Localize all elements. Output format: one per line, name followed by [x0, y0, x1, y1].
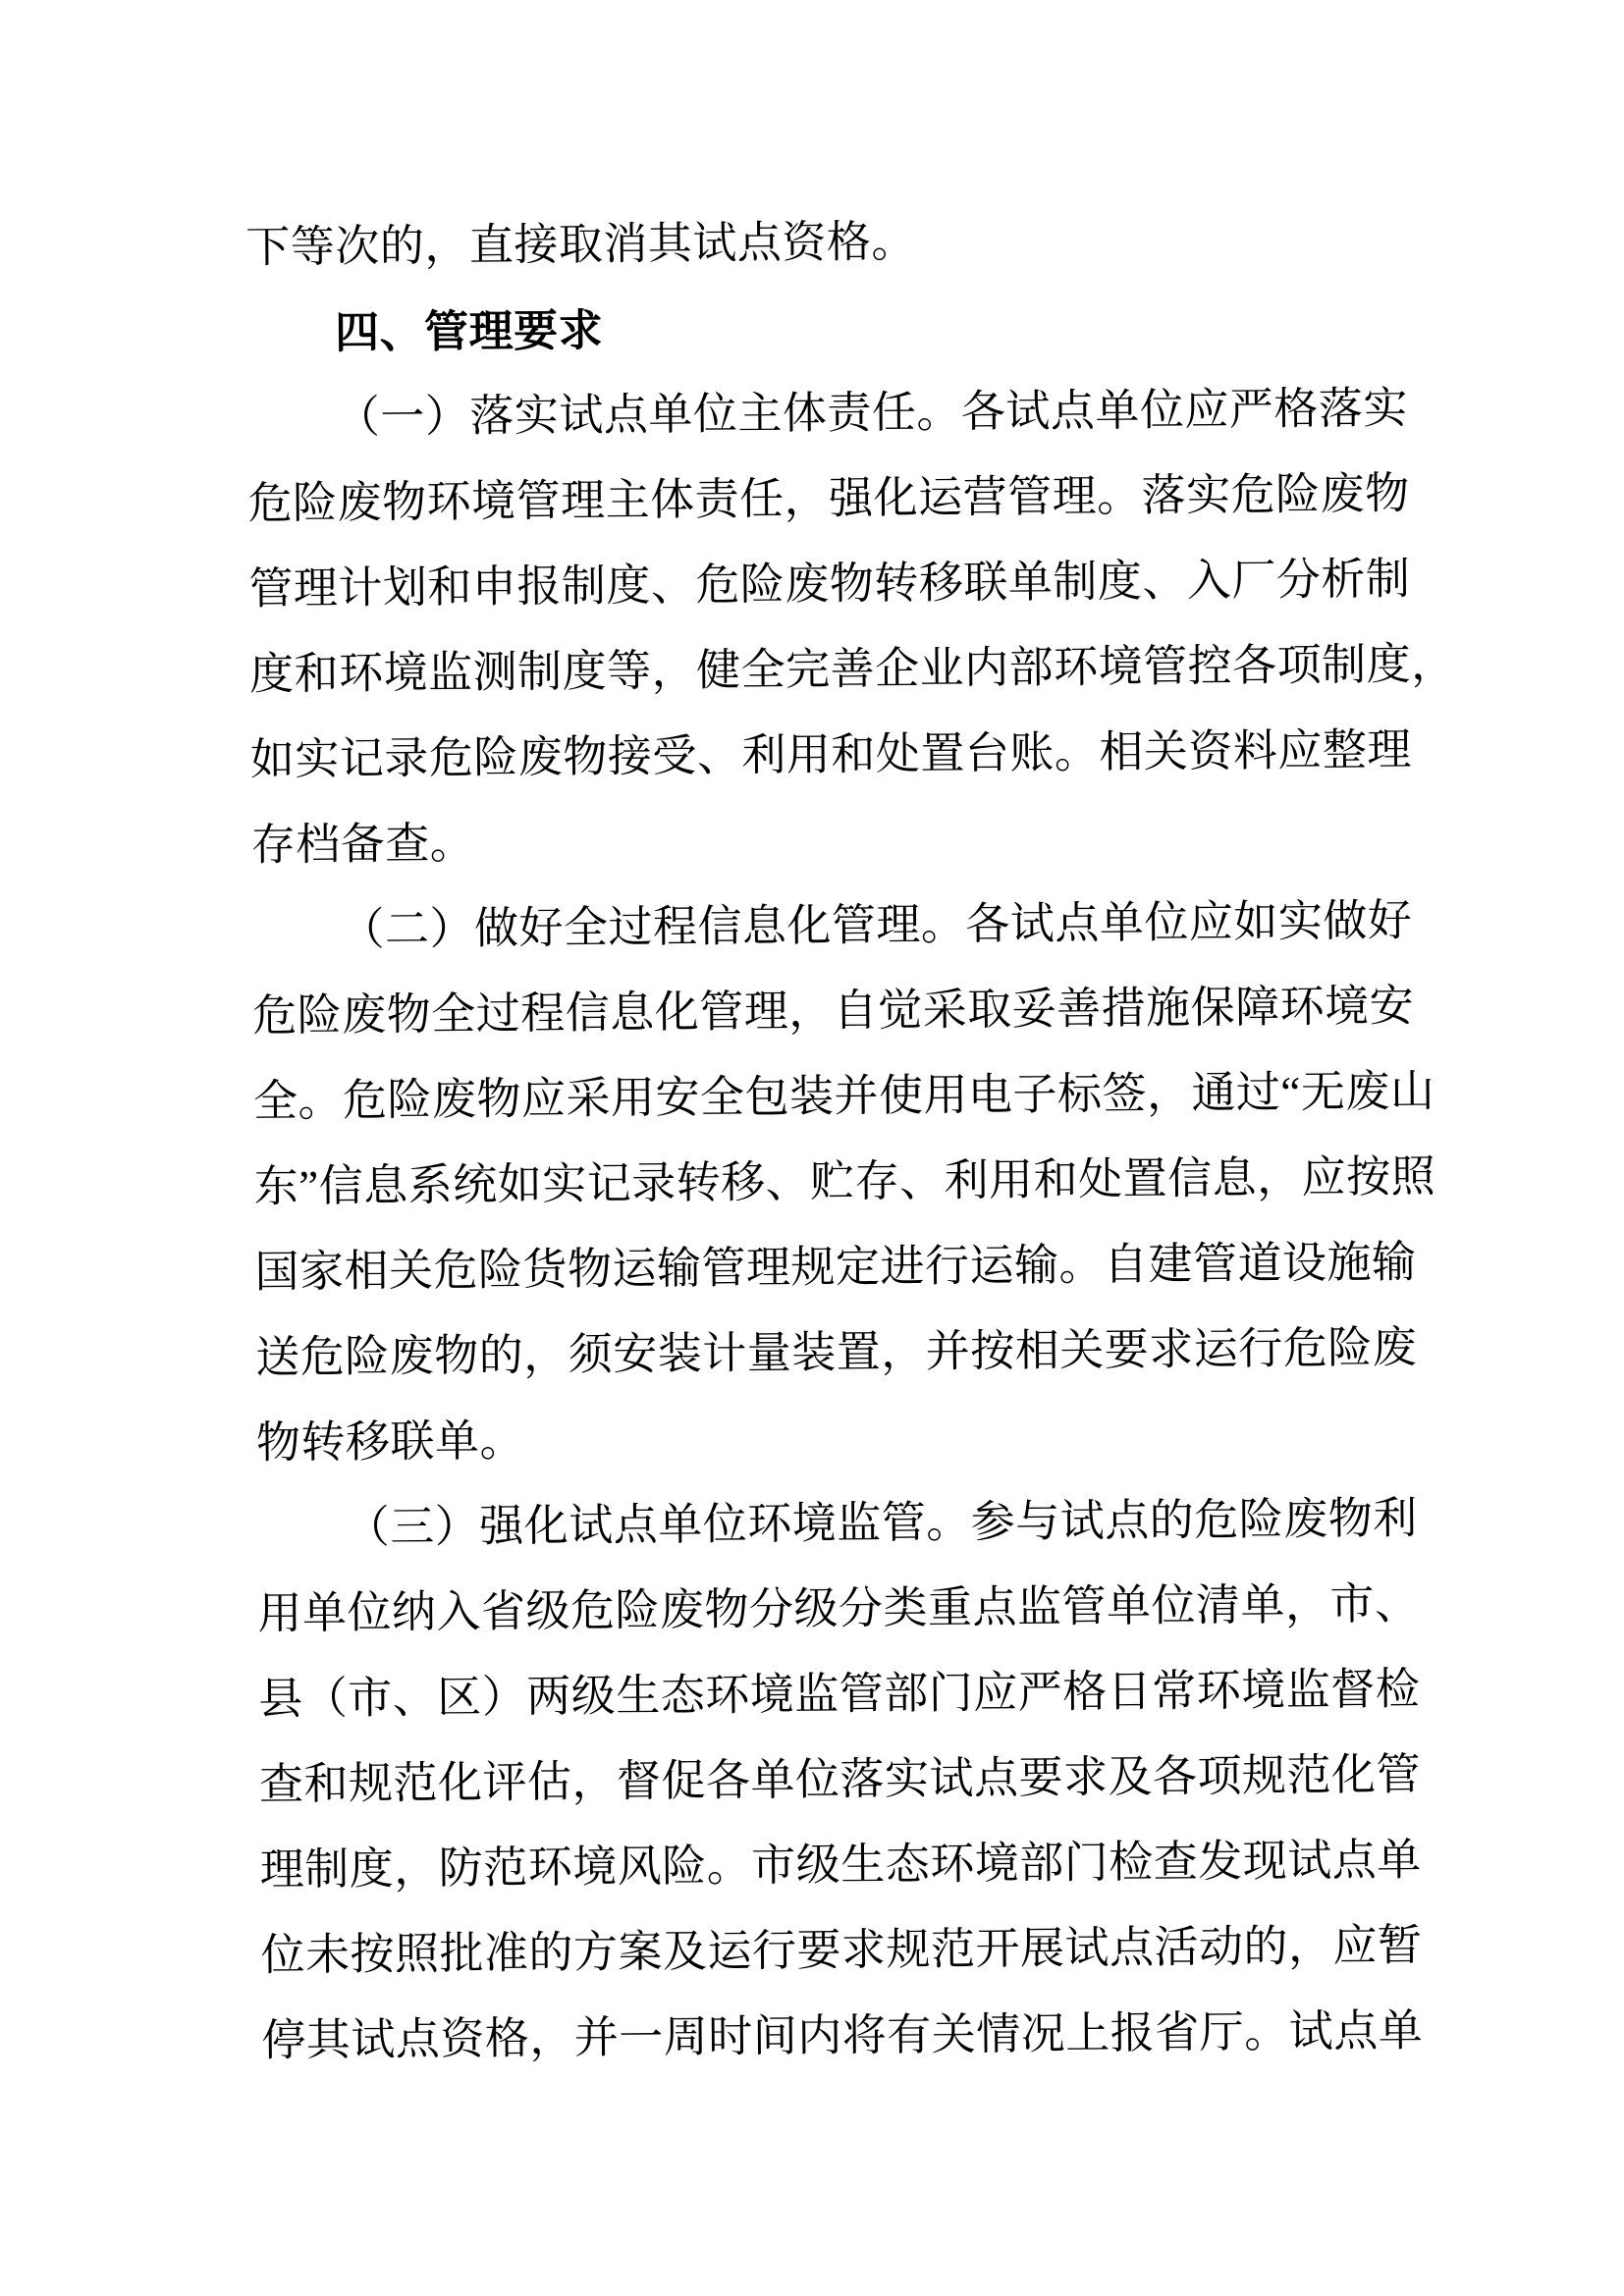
paragraph-item-1: （一）落实试点单位主体责任。各试点单位应严格落实 危险废物环境管理主体责任，强化…: [247, 366, 1401, 888]
text-line: 送危险废物的，须安装计量装置，并按相关要求运行危险废: [255, 1306, 1405, 1401]
text-line: （一）落实试点单位主体责任。各试点单位应严格落实: [247, 366, 1397, 461]
text-line: 危险废物全过程信息化管理，自觉采取妥善措施保障环境安: [252, 964, 1402, 1059]
text-line: 物转移联单。: [256, 1391, 1406, 1486]
text-line: 用单位纳入省级危险废物分级分类重点监管单位清单，市、: [257, 1562, 1407, 1657]
text-line: 管理计划和申报制度、危险废物转移联单制度、入厂分析制: [248, 537, 1398, 632]
text-line: 国家相关危险货物运输管理规定进行运输。自建管道设施输: [254, 1220, 1404, 1315]
text-line: （三）强化试点单位环境监管。参与试点的危险废物利: [256, 1476, 1406, 1572]
document-page: 下等次的，直接取消其试点资格。 四、管理要求 （一）落实试点单位主体责任。各试点…: [0, 0, 1624, 2296]
text-line: 全。危险废物应采用安全包装并使用电子标签，通过“无废山: [253, 1049, 1403, 1145]
paragraph-item-2: （二）做好全过程信息化管理。各试点单位应如实做好 危险废物全过程信息化管理，自觉…: [251, 879, 1405, 1486]
text-line: 查和规范化评估，督促各单位落实试点要求及各项规范化管: [259, 1733, 1409, 1828]
text-line: 县（市、区）两级生态环境监管部门应严格日常环境监督检: [258, 1647, 1408, 1742]
section-heading: 四、管理要求: [246, 281, 1396, 376]
paragraph-continuation: 下等次的，直接取消其试点资格。: [245, 195, 1395, 291]
text-line: 度和环境监测制度等，健全完善企业内部环境管控各项制度，: [249, 622, 1399, 718]
text-line: 危险废物环境管理主体责任，强化运营管理。落实危险废物: [247, 452, 1397, 547]
text-line: 下等次的，直接取消其试点资格。: [245, 195, 1395, 291]
text-line: 理制度，防范环境风险。市级生态环境部门检查发现试点单: [259, 1818, 1409, 1913]
section-heading-text: 四、管理要求: [246, 281, 1396, 376]
text-line: 位未按照批准的方案及运行要求规范开展试点活动的，应暂: [260, 1903, 1410, 1999]
text-line: 如实记录危险废物接受、利用和处置台账。相关资料应整理: [250, 708, 1400, 803]
paragraph-item-3: （三）强化试点单位环境监管。参与试点的危险废物利 用单位纳入省级危险废物分级分类…: [256, 1476, 1410, 2084]
text-line: 停其试点资格，并一周时间内将有关情况上报省厅。试点单: [261, 1989, 1411, 2084]
document-body: 下等次的，直接取消其试点资格。 四、管理要求 （一）落实试点单位主体责任。各试点…: [245, 195, 1411, 2084]
text-line: 存档备查。: [250, 793, 1400, 888]
text-line: （二）做好全过程信息化管理。各试点单位应如实做好: [251, 879, 1401, 974]
text-line: 东”信息系统如实记录转移、贮存、利用和处置信息，应按照: [253, 1135, 1403, 1230]
